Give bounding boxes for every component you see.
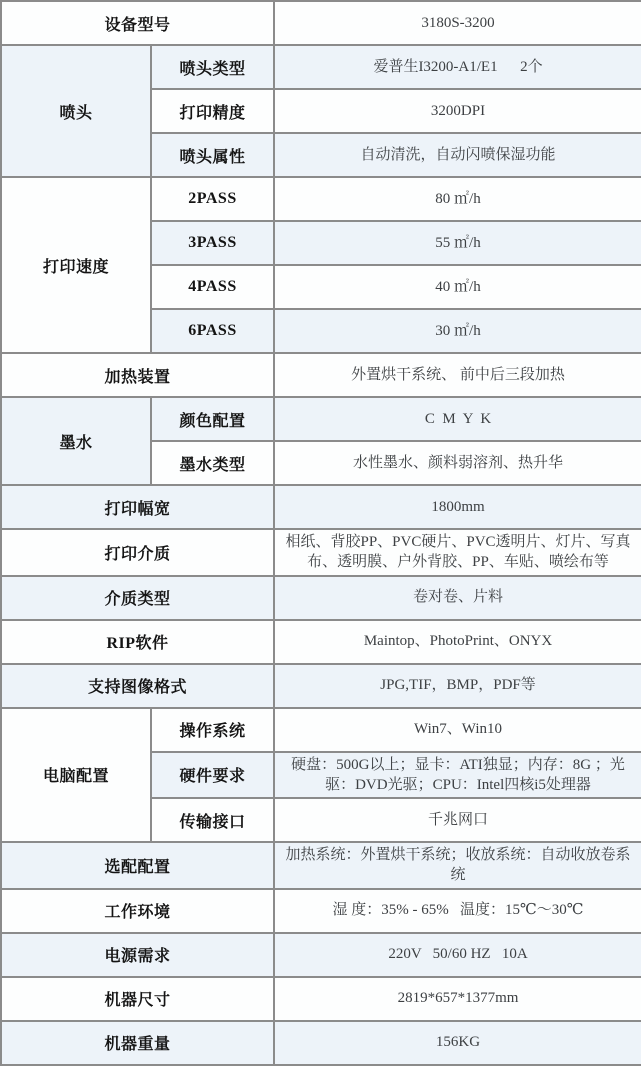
- value-head-features: 自动清洗，自动闪喷保湿功能: [274, 133, 641, 177]
- label-6pass: 6PASS: [151, 309, 274, 353]
- value-print-width: 1800mm: [274, 485, 641, 529]
- value-work-environment: 湿 度：35% - 65% 温度：15℃～30℃: [274, 889, 641, 933]
- label-heating-device: 加热装置: [1, 353, 274, 397]
- value-os: Win7、Win10: [274, 708, 641, 752]
- group-computer-config: 电脑配置: [1, 708, 151, 843]
- label-transfer-port: 传输接口: [151, 798, 274, 842]
- value-media-type: 卷对卷、片料: [274, 576, 641, 620]
- value-rip-software: Maintop、PhotoPrint、ONYX: [274, 620, 641, 664]
- label-device-model: 设备型号: [1, 1, 274, 45]
- printer-spec-sheet: 设备型号 3180S-3200 喷头 喷头类型 爱普生I3200-A1/E1 2…: [0, 0, 641, 1058]
- label-print-width: 打印幅宽: [1, 485, 274, 529]
- value-optional-config: 加热系统：外置烘干系统；收放系统：自动收放卷系统: [274, 842, 641, 889]
- label-os: 操作系统: [151, 708, 274, 752]
- group-print-speed: 打印速度: [1, 177, 151, 353]
- group-printhead: 喷头: [1, 45, 151, 177]
- label-ink-type: 墨水类型: [151, 441, 274, 485]
- label-3pass: 3PASS: [151, 221, 274, 265]
- value-image-formats: JPG,TIF，BMP，PDF等: [274, 664, 641, 708]
- value-device-model: 3180S-3200: [274, 1, 641, 45]
- value-print-resolution: 3200DPI: [274, 89, 641, 133]
- group-ink: 墨水: [1, 397, 151, 485]
- label-4pass: 4PASS: [151, 265, 274, 309]
- label-work-environment: 工作环境: [1, 889, 274, 933]
- label-machine-size: 机器尺寸: [1, 977, 274, 1021]
- label-head-type: 喷头类型: [151, 45, 274, 89]
- value-hardware-req: 硬盘：500G以上；显卡：ATI独显；内存：8G ；光驱：DVD光驱；CPU：I…: [274, 752, 641, 799]
- value-color-config: C M Y K: [274, 397, 641, 441]
- label-optional-config: 选配配置: [1, 842, 274, 889]
- label-2pass: 2PASS: [151, 177, 274, 221]
- value-4pass: 40 ㎡/h: [274, 265, 641, 309]
- label-image-formats: 支持图像格式: [1, 664, 274, 708]
- value-ink-type: 水性墨水、颜料弱溶剂、热升华: [274, 441, 641, 485]
- value-machine-size: 2819*657*1377mm: [274, 977, 641, 1021]
- label-print-resolution: 打印精度: [151, 89, 274, 133]
- label-color-config: 颜色配置: [151, 397, 274, 441]
- value-heating-device: 外置烘干系统、 前中后三段加热: [274, 353, 641, 397]
- value-head-type: 爱普生I3200-A1/E1 2个: [274, 45, 641, 89]
- label-print-media: 打印介质: [1, 529, 274, 576]
- label-rip-software: RIP软件: [1, 620, 274, 664]
- label-head-features: 喷头属性: [151, 133, 274, 177]
- label-media-type: 介质类型: [1, 576, 274, 620]
- value-print-media: 相纸、背胶PP、PVC硬片、PVC透明片、灯片、写真布、透明膜、户外背胶、PP、…: [274, 529, 641, 576]
- label-power-requirement: 电源需求: [1, 933, 274, 977]
- value-6pass: 30 ㎡/h: [274, 309, 641, 353]
- value-transfer-port: 千兆网口: [274, 798, 641, 842]
- value-2pass: 80 ㎡/h: [274, 177, 641, 221]
- label-hardware-req: 硬件要求: [151, 752, 274, 799]
- value-power-requirement: 220V 50/60 HZ 10A: [274, 933, 641, 977]
- spec-table: 设备型号 3180S-3200 喷头 喷头类型 爱普生I3200-A1/E1 2…: [0, 0, 641, 1066]
- value-3pass: 55 ㎡/h: [274, 221, 641, 265]
